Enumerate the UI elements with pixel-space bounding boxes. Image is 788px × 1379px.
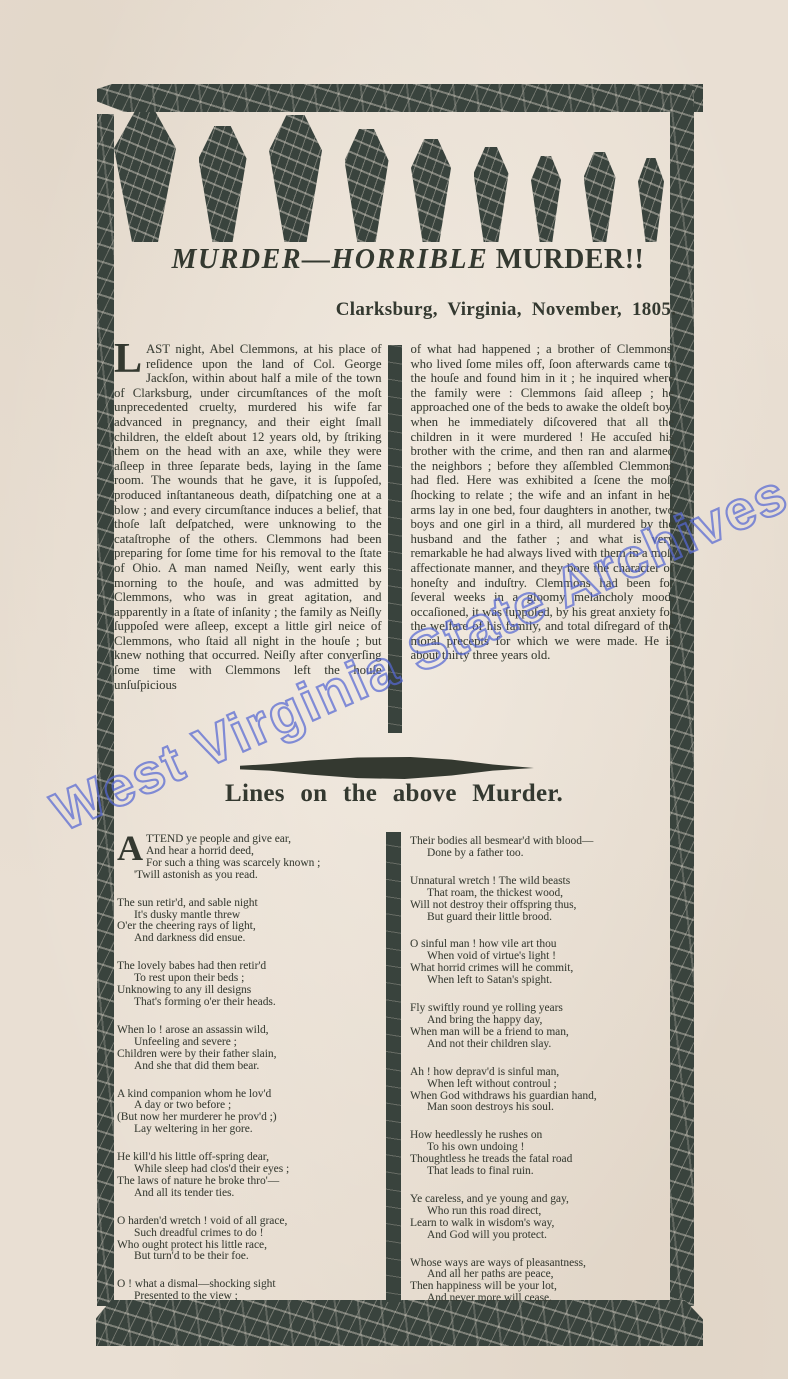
stanza: When lo ! arose an assassin wild,Unfeeli… [117, 1025, 386, 1073]
article-left-text: AST night, Abel Clemmons, at his place o… [114, 342, 382, 692]
stanza: Whose ways are ways of pleasantness,And … [410, 1258, 669, 1306]
poem-line: And all its tender ties. [117, 1188, 386, 1200]
poem-line: Such dreadful crimes to do ! [117, 1228, 386, 1240]
poem-line: And God will you protect. [410, 1230, 669, 1242]
poem-line: Will not destroy their offspring thus, [410, 900, 669, 912]
stanza: How heedlessly he rushes onTo his own un… [410, 1130, 669, 1178]
coffin-icon [114, 112, 176, 242]
coffin-row [114, 110, 664, 242]
stanza: O ! what a dismal—shocking sightPresente… [117, 1279, 386, 1303]
stanza: He kill'd his little off-spring dear,Whi… [117, 1152, 386, 1200]
poem-line: For such a thing was scarcely known ; [117, 858, 386, 870]
poem-line: Done by a father too. [410, 848, 669, 860]
coffin-icon [474, 147, 509, 242]
article-columns: LAST night, Abel Clemmons, at his place … [114, 342, 674, 733]
article-column-left: LAST night, Abel Clemmons, at his place … [114, 342, 386, 692]
poem-line: When man will be a friend to man, [410, 1027, 669, 1039]
poem-line: Man soon destroys his soul. [410, 1102, 669, 1114]
poem-line: That leads to final ruin. [410, 1166, 669, 1178]
dateline: Clarksburg, Virginia, November, 1805. [114, 299, 786, 321]
poem-line: When left to Satan's spight. [410, 975, 669, 987]
coffin-icon [531, 156, 561, 242]
coffin-icon [638, 158, 664, 242]
poem-line: Unnatural wretch ! The wild beasts [410, 876, 669, 888]
stanza: ATTEND ye people and give ear,And hear a… [117, 834, 386, 882]
poem-line: That roam, the thickest wood, [410, 888, 669, 900]
poem-line: And she that did them bear. [117, 1061, 386, 1073]
poem-line: But guard their little brood. [410, 912, 669, 924]
poem-line: Who run this road direct, [410, 1206, 669, 1218]
headline-italic: MURDER—HORRIBLE [172, 244, 489, 275]
stanza: The sun retir'd, and sable nightIt's dus… [117, 898, 386, 946]
poem-line: When lo ! arose an assassin wild, [117, 1025, 386, 1037]
column-divider-rule [388, 345, 403, 733]
poem-line: Ah ! how deprav'd is sinful man, [410, 1067, 669, 1079]
poem-line: The sun retir'd, and sable night [117, 898, 386, 910]
poem-line: Children were by their father slain, [117, 1049, 386, 1061]
poem-column-right: Their bodies all besmear'd with blood—Do… [403, 832, 669, 1321]
border-top [97, 84, 703, 112]
stanza: Ah ! how deprav'd is sinful man,When lef… [410, 1067, 669, 1115]
coffin-icon [411, 139, 451, 242]
coffin-icon [345, 129, 389, 242]
poem-line: But turn'd to be their foe. [117, 1251, 386, 1263]
poem-line: O harden'd wretch ! void of all grace, [117, 1216, 386, 1228]
poem-line: Learn to walk in wisdom's way, [410, 1218, 669, 1230]
coffin-icon [199, 126, 247, 242]
stanza: Fly swiftly round ye rolling yearsAnd br… [410, 1003, 669, 1051]
poem-column-left: ATTEND ye people and give ear,And hear a… [114, 832, 386, 1319]
poem-column-divider-rule [386, 832, 401, 1302]
headline: MURDER—HORRIBLE MURDER!! [114, 244, 688, 276]
dropcap-initial: L [114, 342, 146, 376]
swelled-rule-ornament [240, 757, 534, 779]
coffin-icon [584, 152, 616, 242]
stanza: Ye careless, and ye young and gay,Who ru… [410, 1194, 669, 1242]
stanza: The lovely babes had then retir'dTo rest… [117, 961, 386, 1009]
stanza: O harden'd wretch ! void of all grace,Su… [117, 1216, 386, 1264]
poem-line: Lay weltering in her gore. [117, 1124, 386, 1136]
poem-line: And never more will cease. [410, 1293, 669, 1305]
poem-heading: Lines on the above Murder. [114, 780, 674, 808]
poem-line: Unfeeling and severe ; [117, 1037, 386, 1049]
poem-line: And darkness did ensue. [117, 933, 386, 945]
border-left [97, 114, 114, 1306]
stanza: Unnatural wretch ! The wild beastsThat r… [410, 876, 669, 924]
stanza: Their bodies all besmear'd with blood—Do… [410, 836, 669, 860]
coffin-icon [269, 115, 322, 242]
article-column-right: of what had happened ; a brother of Clem… [405, 342, 674, 663]
stanza: O sinful man ! how vile art thouWhen voi… [410, 939, 669, 987]
headline-roman: MURDER!! [488, 244, 644, 275]
poem-line: 'Twill astonish as you read. [117, 870, 386, 882]
poem-columns: ATTEND ye people and give ear,And hear a… [114, 832, 674, 1321]
poem-dropcap-initial: A [117, 834, 146, 862]
poem-line: When left without controul ; [410, 1079, 669, 1091]
poem-line: And not their children slay. [410, 1039, 669, 1051]
stanza: A kind companion whom he lov'dA day or t… [117, 1089, 386, 1137]
poem-line: Presented to the view ; [117, 1291, 386, 1303]
poem-line: That's forming o'er their heads. [117, 997, 386, 1009]
